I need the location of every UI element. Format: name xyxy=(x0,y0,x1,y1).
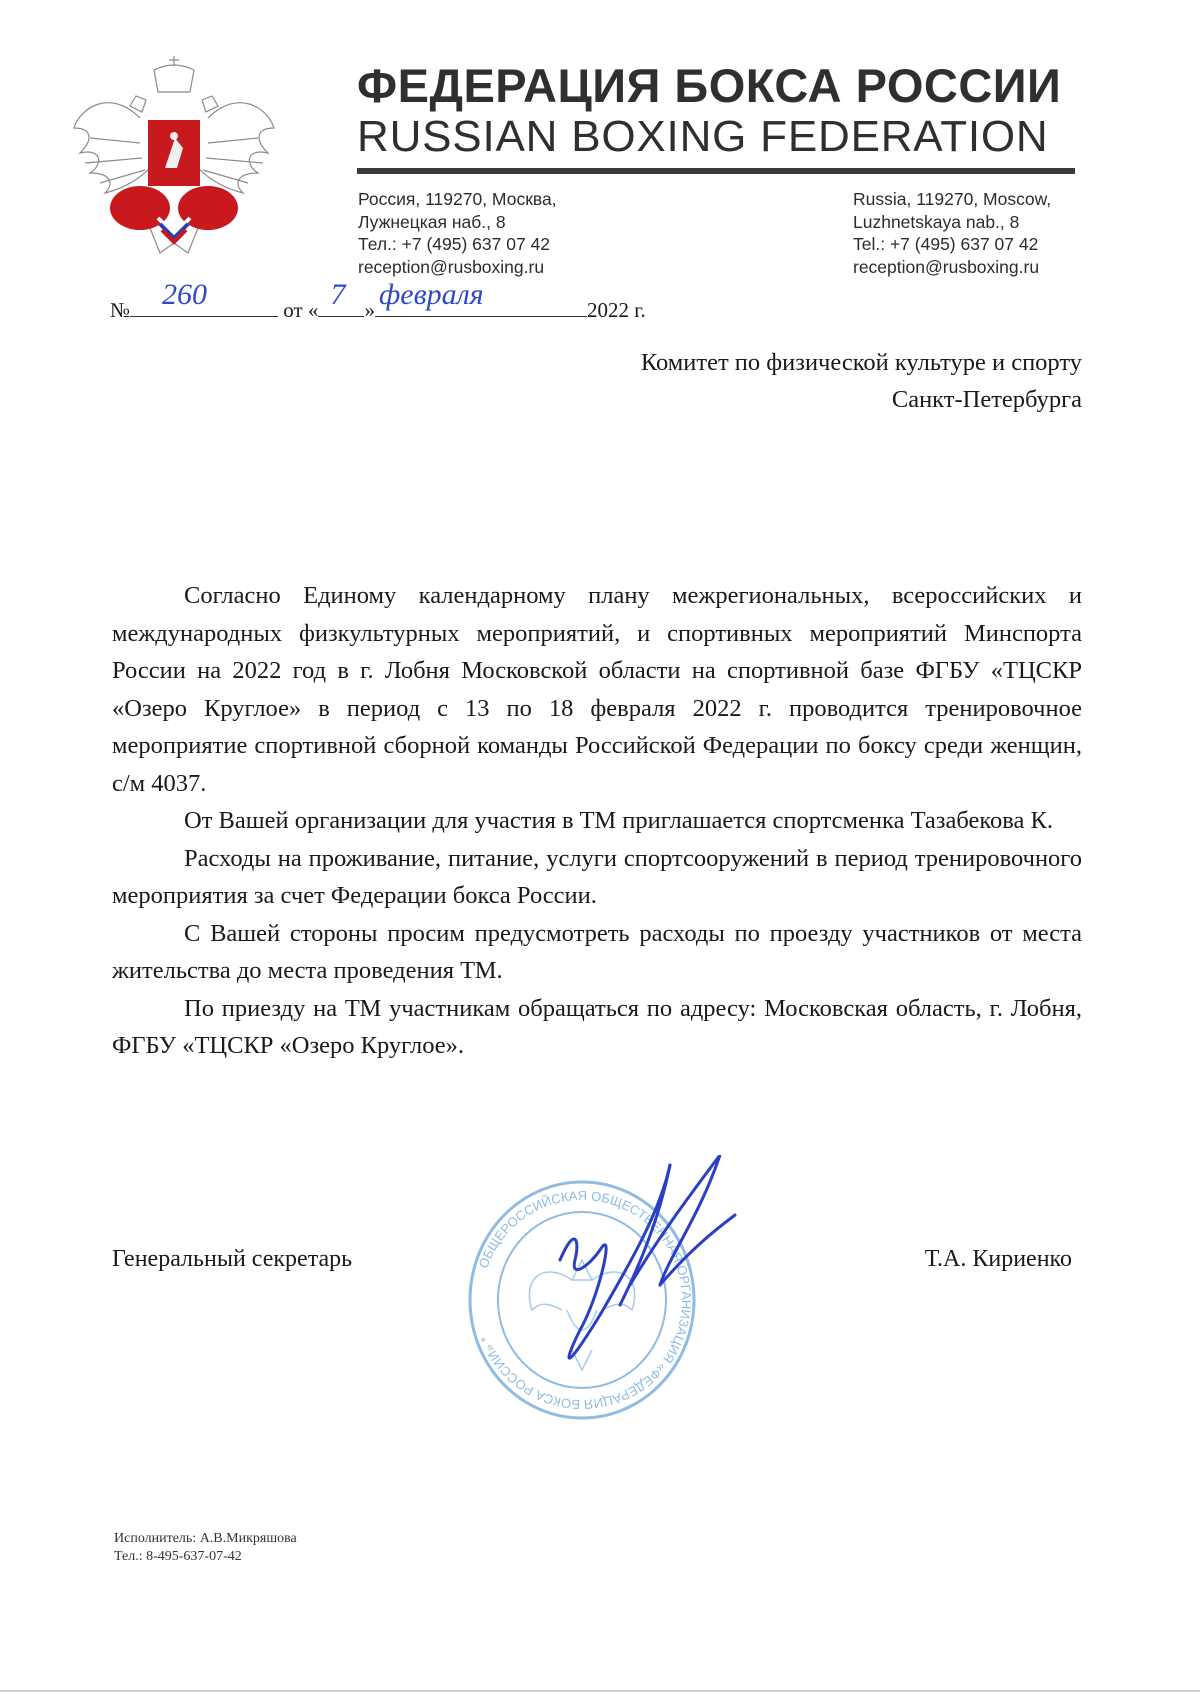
addressee-line: Санкт-Петербурга xyxy=(641,381,1082,418)
federation-name-en: RUSSIAN BOXING FEDERATION xyxy=(357,112,1049,162)
address-en-line: Russia, 119270, Moscow, xyxy=(853,188,1051,211)
executor-name: Исполнитель: А.В.Микряшова xyxy=(114,1530,297,1548)
address-ru-line: Россия, 119270, Москва, xyxy=(358,188,557,211)
handwritten-signature-icon xyxy=(520,1155,740,1415)
number-field: 260 xyxy=(130,296,278,317)
registration-line: №260 от «7»февраля2022 г. xyxy=(110,296,646,323)
handwritten-day: 7 xyxy=(330,278,345,312)
address-ru-email: reception@rusboxing.ru xyxy=(358,256,557,279)
number-label: № xyxy=(110,298,130,322)
address-ru-phone: Тел.: +7 (495) 637 07 42 xyxy=(358,233,557,256)
letter-page: ФЕДЕРАЦИЯ БОКСА РОССИИ RUSSIAN BOXING FE… xyxy=(0,0,1200,1697)
address-ru-line: Лужнецкая наб., 8 xyxy=(358,211,557,234)
address-en-phone: Tel.: +7 (495) 637 07 42 xyxy=(853,233,1051,256)
day-field: 7 xyxy=(318,296,364,317)
address-en: Russia, 119270, Moscow, Luzhnetskaya nab… xyxy=(853,188,1051,278)
body-paragraph: Расходы на проживание, питание, услуги с… xyxy=(112,840,1082,915)
header-divider xyxy=(357,168,1075,174)
date-close-quote: » xyxy=(364,298,375,322)
scan-edge xyxy=(0,1690,1200,1692)
signatory-name: Т.А. Кириенко xyxy=(925,1246,1072,1273)
body-paragraph: С Вашей стороны просим предусмотреть рас… xyxy=(112,915,1082,990)
executor-phone: Тел.: 8-495-637-07-42 xyxy=(114,1548,297,1566)
handwritten-number: 260 xyxy=(162,278,207,312)
addressee-block: Комитет по физической культуре и спорту … xyxy=(641,344,1082,418)
address-en-email: reception@rusboxing.ru xyxy=(853,256,1051,279)
address-ru: Россия, 119270, Москва, Лужнецкая наб., … xyxy=(358,188,557,278)
federation-emblem-icon xyxy=(70,48,278,262)
body-paragraph: От Вашей организации для участия в ТМ пр… xyxy=(112,802,1082,840)
body-paragraph: Согласно Единому календарному плану межр… xyxy=(112,577,1082,802)
letter-body: Согласно Единому календарному плану межр… xyxy=(112,577,1082,1065)
body-paragraph: По приезду на ТМ участникам обращаться п… xyxy=(112,990,1082,1065)
address-en-line: Luzhnetskaya nab., 8 xyxy=(853,211,1051,234)
executor-block: Исполнитель: А.В.Микряшова Тел.: 8-495-6… xyxy=(114,1530,297,1566)
signatory-position: Генеральный секретарь xyxy=(112,1246,352,1273)
month-field: февраля xyxy=(375,296,587,317)
federation-name-ru: ФЕДЕРАЦИЯ БОКСА РОССИИ xyxy=(357,58,1061,113)
handwritten-month: февраля xyxy=(379,278,484,312)
addressee-line: Комитет по физической культуре и спорту xyxy=(641,344,1082,381)
year-label: 2022 г. xyxy=(587,298,646,322)
date-from-label: от « xyxy=(283,298,318,322)
